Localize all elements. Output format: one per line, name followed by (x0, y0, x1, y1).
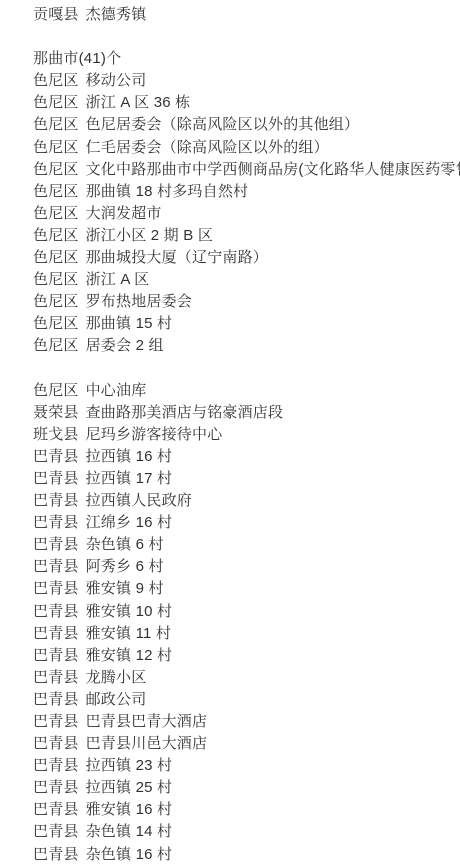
county-label: 色尼区 (33, 382, 79, 399)
list-item: 巴青县拉西镇人民政府 (33, 490, 460, 512)
county-label: 巴青县 (33, 691, 79, 708)
county-label: 色尼区 (33, 183, 79, 200)
list-item: 色尼区罗布热地居委会 (33, 291, 460, 313)
place-label: 罗布热地居委会 (86, 293, 192, 310)
list-item: 巴青县龙腾小区 (33, 667, 460, 689)
county-label: 巴青县 (33, 492, 79, 509)
county-label: 色尼区 (33, 94, 79, 111)
place-label: 拉西镇 16 村 (86, 448, 173, 465)
place-label: 雅安镇 10 村 (86, 603, 173, 620)
list-item: 色尼区那曲城投大厦（辽宁南路） (33, 247, 460, 269)
list-item: 贡嘎县杰德秀镇 (33, 4, 460, 26)
county-label: 巴青县 (33, 846, 79, 863)
place-label: 龙腾小区 (86, 669, 147, 686)
county-label: 巴青县 (33, 603, 79, 620)
place-label: 文化中路那曲市中学西侧商品房(文化路华人健康医药零售连锁超市 (86, 161, 460, 178)
list-item: 巴青县巴青县川邑大酒店 (33, 733, 460, 755)
county-label: 巴青县 (33, 801, 79, 818)
place-label: 拉西镇人民政府 (86, 492, 192, 509)
county-label: 巴青县 (33, 823, 79, 840)
place-label: 雅安镇 9 村 (86, 580, 164, 597)
county-label: 贡嘎县 (33, 6, 79, 23)
place-label: 浙江 A 区 36 栋 (86, 94, 191, 111)
place-label: 拉西镇 17 村 (86, 470, 173, 487)
blank-line (33, 26, 460, 48)
list-item: 色尼区大润发超市 (33, 203, 460, 225)
place-label: 巴青县川邑大酒店 (86, 735, 208, 752)
county-label: 巴青县 (33, 536, 79, 553)
place-label: 巴青县巴青大酒店 (86, 713, 208, 730)
list-item: 色尼区居委会 2 组 (33, 335, 460, 357)
place-label: 雅安镇 11 村 (86, 625, 172, 642)
place-label: 居委会 2 组 (86, 337, 164, 354)
list-item: 聂荣县查曲路那美酒店与铭豪酒店段 (33, 402, 460, 424)
list-item: 色尼区那曲镇 15 村 (33, 313, 460, 335)
county-label: 巴青县 (33, 514, 79, 531)
county-label: 班戈县 (33, 426, 79, 443)
county-label: 色尼区 (33, 205, 79, 222)
place-label: 浙江小区 2 期 B 区 (86, 227, 213, 244)
list-item: 班戈县尼玛乡游客接待中心 (33, 424, 460, 446)
county-label: 色尼区 (33, 337, 79, 354)
county-label: 巴青县 (33, 580, 79, 597)
county-label: 色尼区 (33, 293, 79, 310)
place-label: 邮政公司 (86, 691, 147, 708)
list-item: 巴青县雅安镇 11 村 (33, 623, 460, 645)
place-label: 中心油库 (86, 382, 147, 399)
county-label: 色尼区 (33, 271, 79, 288)
county-label: 色尼区 (33, 249, 79, 266)
list-item: 巴青县拉西镇 23 村 (33, 755, 460, 777)
county-label: 色尼区 (33, 139, 79, 156)
list-item: 色尼区那曲镇 18 村多玛自然村 (33, 181, 460, 203)
county-label: 巴青县 (33, 757, 79, 774)
county-label: 巴青县 (33, 779, 79, 796)
list-item: 巴青县江绵乡 16 村 (33, 512, 460, 534)
county-label: 巴青县 (33, 625, 79, 642)
place-label: 那曲镇 18 村多玛自然村 (86, 183, 249, 200)
place-label: 杰德秀镇 (86, 6, 147, 23)
place-label: 大润发超市 (86, 205, 162, 222)
list-item: 巴青县雅安镇 10 村 (33, 601, 460, 623)
county-label: 色尼区 (33, 315, 79, 332)
place-label: 阿秀乡 6 村 (86, 558, 164, 575)
county-label: 巴青县 (33, 735, 79, 752)
list-item: 巴青县巴青县巴青大酒店 (33, 711, 460, 733)
list-item: 巴青县拉西镇 25 村 (33, 777, 460, 799)
county-label: 巴青县 (33, 558, 79, 575)
list-item: 巴青县拉西镇 16 村 (33, 446, 460, 468)
place-label: 杂色镇 14 村 (86, 823, 173, 840)
county-label: 巴青县 (33, 669, 79, 686)
list-item: 巴青县杂色镇 14 村 (33, 821, 460, 843)
county-label: 色尼区 (33, 227, 79, 244)
list-item: 色尼区移动公司 (33, 70, 460, 92)
county-label: 巴青县 (33, 448, 79, 465)
county-label: 色尼区 (33, 116, 79, 133)
list-item: 色尼区仁毛居委会（除高风险区以外的组） (33, 137, 460, 159)
county-label: 巴青县 (33, 713, 79, 730)
section-header: 那曲市(41)个 (33, 48, 460, 70)
place-label: 移动公司 (86, 72, 147, 89)
place-label: 江绵乡 16 村 (86, 514, 173, 531)
list-item: 巴青县邮政公司 (33, 689, 460, 711)
place-label: 那曲镇 15 村 (86, 315, 173, 332)
list-item: 色尼区文化中路那曲市中学西侧商品房(文化路华人健康医药零售连锁超市 (33, 159, 460, 181)
county-label: 巴青县 (33, 470, 79, 487)
blank-line (33, 358, 460, 380)
list-item: 巴青县拉西镇 17 村 (33, 468, 460, 490)
list-item: 巴青县杂色镇 16 村 (33, 844, 460, 866)
list-item: 巴青县阿秀乡 6 村 (33, 556, 460, 578)
place-label: 雅安镇 16 村 (86, 801, 173, 818)
place-label: 拉西镇 25 村 (86, 779, 173, 796)
list-item: 色尼区中心油库 (33, 380, 460, 402)
place-label: 杂色镇 6 村 (86, 536, 164, 553)
list-item: 巴青县雅安镇 9 村 (33, 578, 460, 600)
place-label: 色尼居委会（除高风险区以外的其他组） (86, 116, 360, 133)
risk-area-list: 贡嘎县杰德秀镇那曲市(41)个色尼区移动公司色尼区浙江 A 区 36 栋色尼区色… (0, 0, 460, 866)
county-label: 聂荣县 (33, 404, 79, 421)
place-label: 那曲城投大厦（辽宁南路） (86, 249, 268, 266)
county-label: 色尼区 (33, 72, 79, 89)
county-label: 色尼区 (33, 161, 79, 178)
place-label: 拉西镇 23 村 (86, 757, 173, 774)
place-label: 雅安镇 12 村 (86, 647, 173, 664)
list-item: 色尼区浙江小区 2 期 B 区 (33, 225, 460, 247)
place-label: 查曲路那美酒店与铭豪酒店段 (86, 404, 284, 421)
place-label: 尼玛乡游客接待中心 (86, 426, 223, 443)
county-label: 巴青县 (33, 647, 79, 664)
place-label: 仁毛居委会（除高风险区以外的组） (86, 139, 329, 156)
list-item: 巴青县雅安镇 12 村 (33, 645, 460, 667)
list-item: 色尼区浙江 A 区 36 栋 (33, 92, 460, 114)
place-label: 杂色镇 16 村 (86, 846, 173, 863)
place-label: 浙江 A 区 (86, 271, 150, 288)
list-item: 色尼区色尼居委会（除高风险区以外的其他组） (33, 114, 460, 136)
list-item: 巴青县雅安镇 16 村 (33, 799, 460, 821)
list-item: 色尼区浙江 A 区 (33, 269, 460, 291)
list-item: 巴青县杂色镇 6 村 (33, 534, 460, 556)
